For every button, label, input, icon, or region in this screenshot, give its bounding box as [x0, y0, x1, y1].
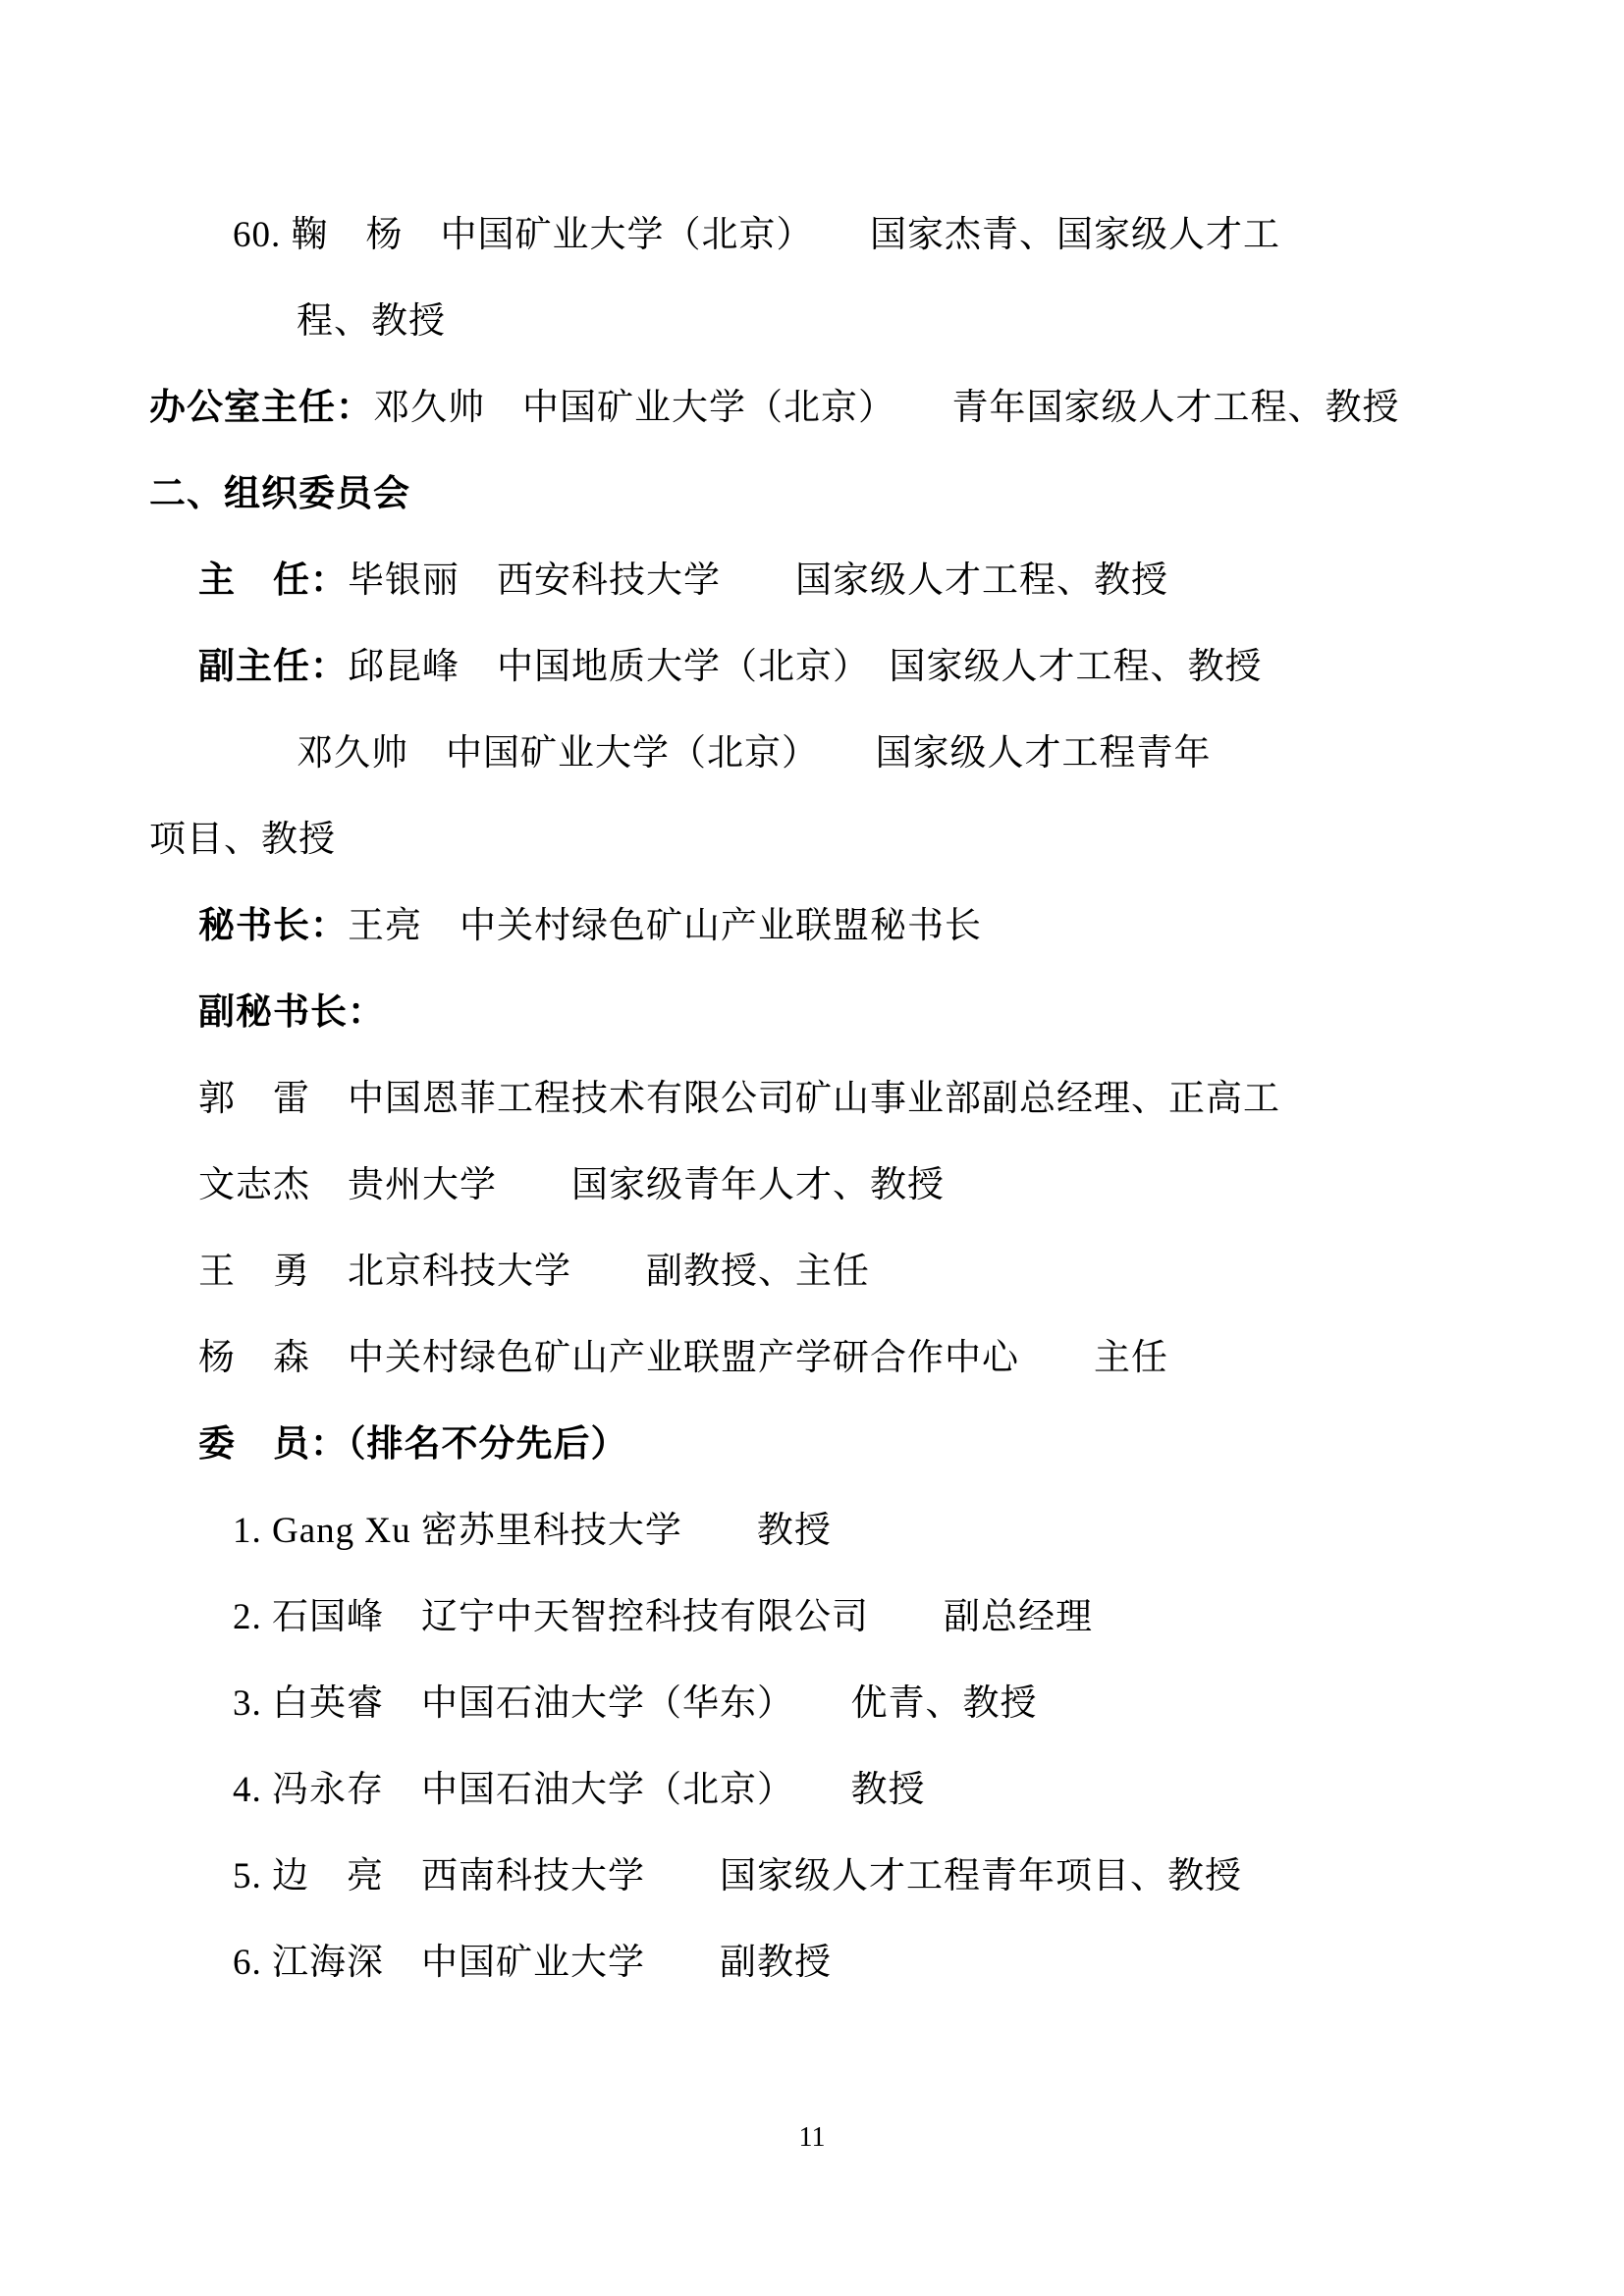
document-page: 60. 鞠 杨 中国矿业大学（北京） 国家杰青、国家级人才工 程、教授 办公室主… — [0, 0, 1624, 2296]
document-body: 60. 鞠 杨 中国矿业大学（北京） 国家杰青、国家级人才工 程、教授 办公室主… — [149, 192, 1485, 2006]
deputy-director-line3: 项目、教授 — [149, 797, 1485, 883]
director-label: 主 任： — [198, 561, 348, 601]
office-director-value: 邓久帅 中国矿业大学（北京） 青年国家级人才工程、教授 — [373, 388, 1400, 428]
secretary-general-label: 秘书长： — [198, 906, 348, 946]
deputy-sg-member-wang-yong: 王 勇 北京科技大学 副教授、主任 — [198, 1229, 1485, 1315]
office-director-line: 办公室主任：邓久帅 中国矿业大学（北京） 青年国家级人才工程、教授 — [149, 365, 1485, 452]
page-number: 11 — [0, 2118, 1624, 2158]
members-heading-label: 委 员：（排名不分先后） — [198, 1424, 628, 1465]
deputy-secretary-general-label: 副秘书长： — [198, 992, 385, 1033]
director-line: 主 任：毕银丽 西安科技大学 国家级人才工程、教授 — [198, 538, 1485, 624]
section-heading-text: 二、组织委员会 — [149, 474, 410, 514]
members-heading: 委 员：（排名不分先后） — [198, 1402, 1485, 1488]
director-value: 毕银丽 西安科技大学 国家级人才工程、教授 — [348, 561, 1168, 601]
secretary-general-value: 王亮 中关村绿色矿山产业联盟秘书长 — [348, 906, 982, 946]
office-director-label: 办公室主任： — [149, 388, 373, 428]
deputy-sg-member-guo-lei: 郭 雷 中国恩菲工程技术有限公司矿山事业部副总经理、正高工 — [198, 1056, 1485, 1143]
member-60-line1: 60. 鞠 杨 中国矿业大学（北京） 国家杰青、国家级人才工 — [233, 192, 1485, 279]
member-item-5: 5. 边 亮 西南科技大学 国家级人才工程青年项目、教授 — [233, 1834, 1485, 1920]
secretary-general-line: 秘书长：王亮 中关村绿色矿山产业联盟秘书长 — [198, 883, 1485, 970]
deputy-sg-member-yang-sen: 杨 森 中关村绿色矿山产业联盟产学研合作中心 主任 — [198, 1315, 1485, 1402]
deputy-director-line1: 副主任：邱昆峰 中国地质大学（北京） 国家级人才工程、教授 — [198, 624, 1485, 711]
member-item-2: 2. 石国峰 辽宁中天智控科技有限公司 副总经理 — [233, 1575, 1485, 1661]
member-item-1: 1. Gang Xu 密苏里科技大学 教授 — [233, 1488, 1485, 1575]
deputy-director-value: 邱昆峰 中国地质大学（北京） 国家级人才工程、教授 — [348, 647, 1263, 687]
section-heading-org-committee: 二、组织委员会 — [149, 452, 1485, 538]
deputy-sg-member-wen-zhijie: 文志杰 贵州大学 国家级青年人才、教授 — [198, 1143, 1485, 1229]
deputy-director-line2: 邓久帅 中国矿业大学（北京） 国家级人才工程青年 — [297, 711, 1485, 797]
member-item-3: 3. 白英睿 中国石油大学（华东） 优青、教授 — [233, 1661, 1485, 1747]
member-item-4: 4. 冯永存 中国石油大学（北京） 教授 — [233, 1747, 1485, 1834]
deputy-director-label: 副主任： — [198, 647, 348, 687]
member-item-6: 6. 江海深 中国矿业大学 副教授 — [233, 1920, 1485, 2006]
deputy-secretary-general-heading: 副秘书长： — [198, 970, 1485, 1056]
member-60-line2: 程、教授 — [297, 279, 1485, 365]
